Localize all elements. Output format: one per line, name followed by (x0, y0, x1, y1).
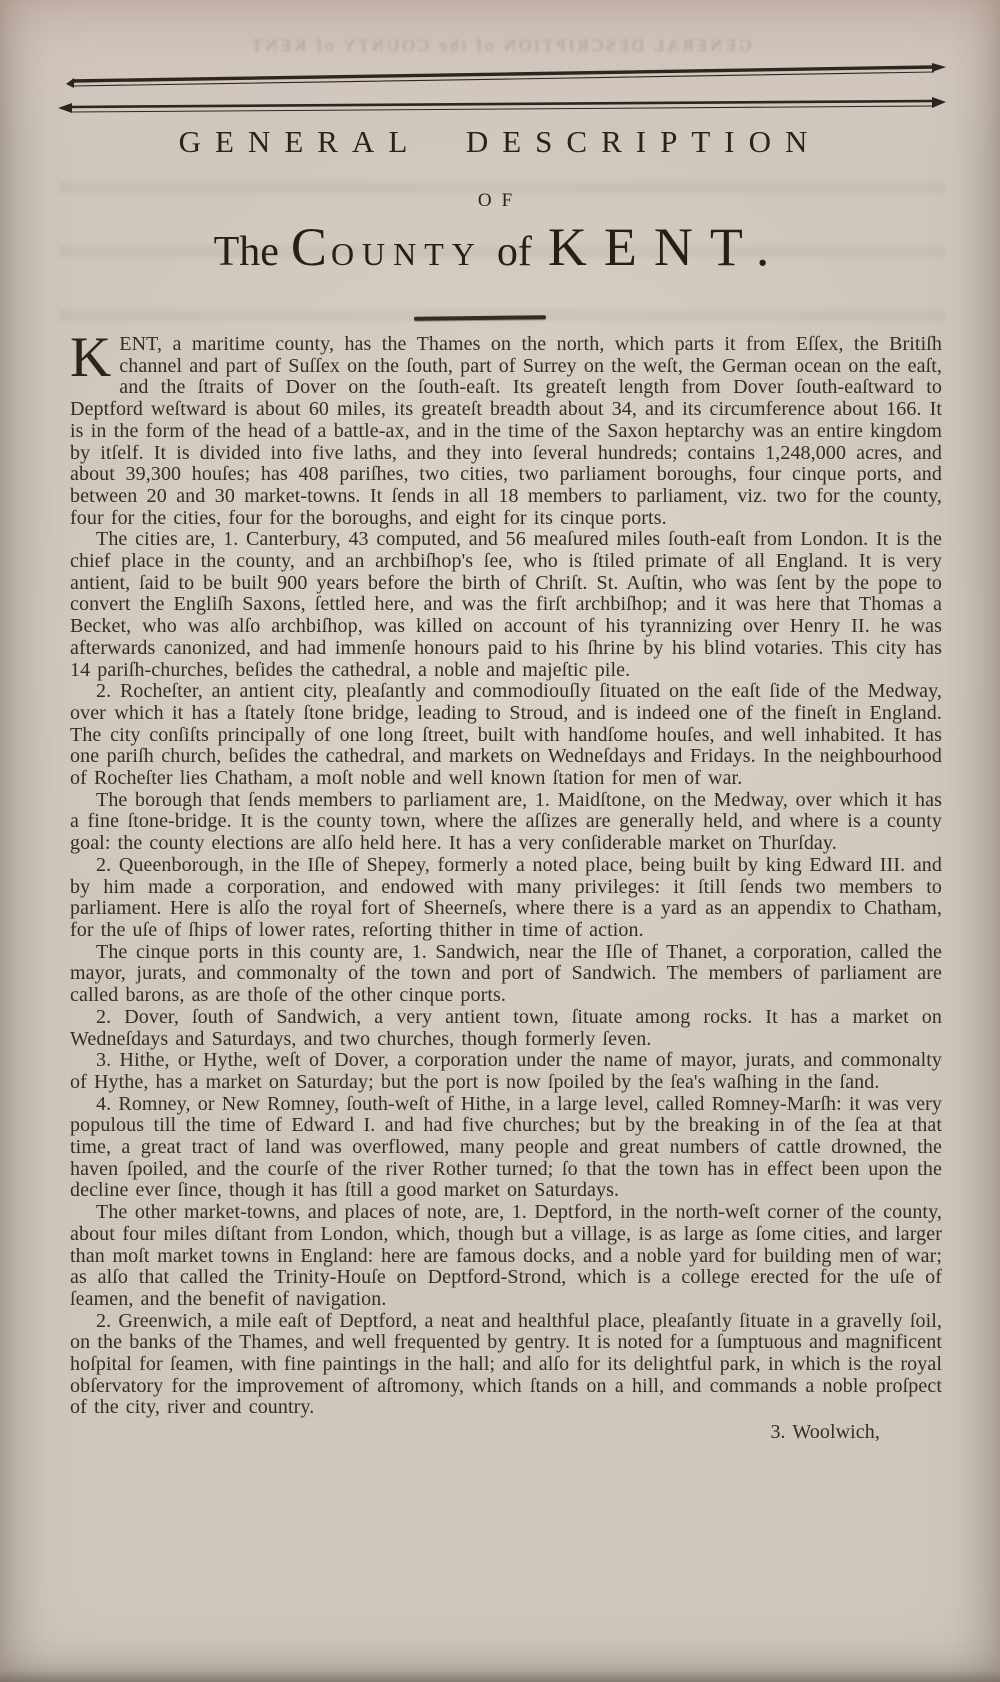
county-title-of: of (497, 228, 532, 276)
paragraph-cities-canterbury: The cities are, 1. Canterbury, 43 comput… (70, 529, 942, 681)
paragraph-dover: 2. Dover, ſouth of Sandwich, a very anti… (70, 1007, 942, 1050)
county-title-the: The (214, 228, 279, 276)
paragraph-sandwich: The cinque ports in this county are, 1. … (70, 942, 942, 1007)
paragraph-greenwich: 2. Greenwich, a mile eaſt of Deptford, a… (70, 1311, 942, 1420)
county-title-kent: KENT. (548, 216, 786, 278)
paragraph-rochester: 2. Rocheſter, an antient city, pleaſantl… (70, 681, 942, 790)
paragraph-maidstone: The borough that ſends members to parlia… (70, 790, 942, 855)
double-rule-second (56, 92, 948, 120)
county-title-ounty: OUNTY (331, 236, 483, 273)
paragraph-romney: 4. Romney, or New Romney, ſouth-weſt of … (70, 1094, 942, 1203)
paragraph-deptford: The other market-towns, and places of no… (70, 1202, 942, 1311)
title-rule (414, 315, 546, 320)
paragraph-hithe: 3. Hithe, or Hythe, weſt of Dover, a cor… (70, 1050, 942, 1093)
dropcap-K: K (70, 334, 119, 379)
county-title: TheCOUNTYofKENT. (0, 216, 1000, 278)
double-rule-top (62, 60, 948, 90)
county-title-c: C (291, 216, 331, 278)
body-text: KENT, a maritime county, has the Thames … (70, 334, 942, 1444)
paragraph-queenborough: 2. Queenborough, in the Iſle of Shepey, … (70, 855, 942, 942)
page-title: GENERAL DESCRIPTION (0, 124, 1000, 160)
paragraph-opening-text: ENT, a maritime county, has the Thames o… (70, 333, 942, 529)
showthrough-text: GENERAL DESCRIPTION of the COUNTY of KEN… (0, 36, 1000, 56)
page-bottom-edge (0, 1670, 1000, 1682)
title-of: OF (0, 190, 1000, 212)
book-page: GENERAL DESCRIPTION of the COUNTY of KEN… (0, 0, 1000, 1682)
catchword: 3. Woolwich, (70, 1422, 942, 1444)
paragraph-opening: KENT, a maritime county, has the Thames … (70, 334, 942, 529)
